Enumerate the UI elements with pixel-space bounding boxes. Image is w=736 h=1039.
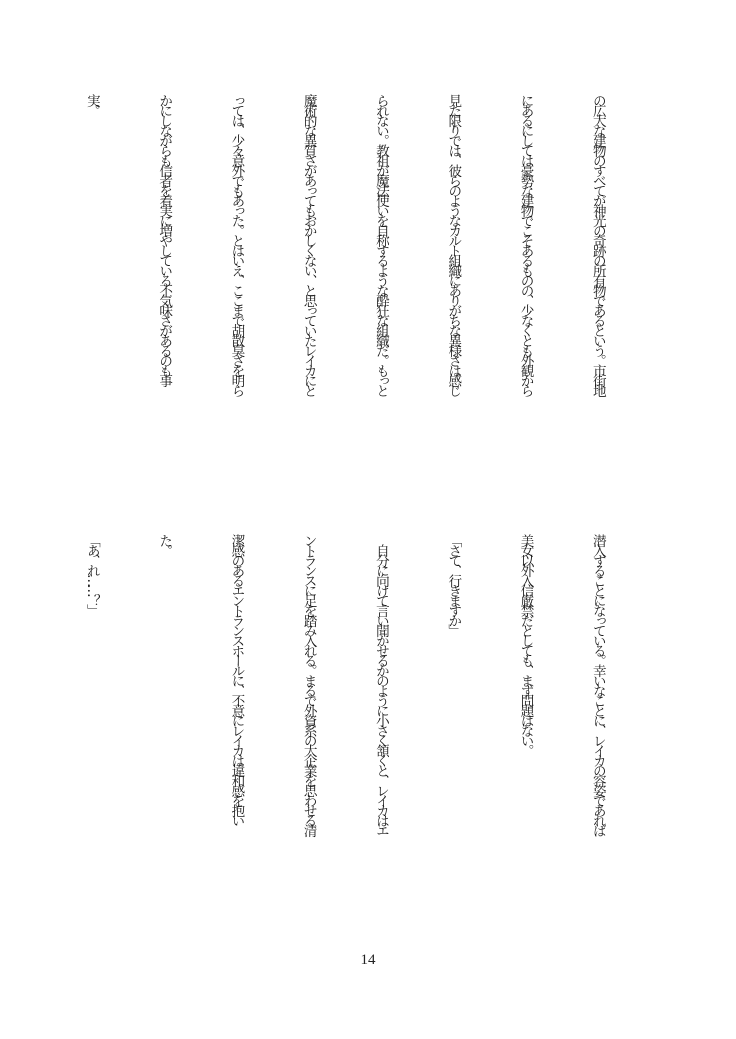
text-line: 実。: [80, 94, 104, 498]
text-line: られない。教祖が魔法使いを自称するような酔狂な組織だ。もっと: [369, 94, 393, 498]
text-line: にあるにしては豪勢な建物でこそあるものの、少なくとも外観から: [513, 94, 537, 498]
text-line: 潔感のあるエントランスホールに、不意にレイカは違和感を抱い: [224, 534, 248, 938]
text-line: 魔術的な異質さがあってもおかしくない、と思っていたレイカにと: [297, 94, 321, 498]
text-line: 潜入することになっている。幸いなことに、レイカの容姿であれば: [586, 534, 610, 938]
text-line: 「さて、行きますか」: [441, 534, 465, 938]
text-line: っては、少々意外でもあった。とはいえ、ここまで胡散臭さを明ら: [224, 94, 248, 498]
text-line: かにしながらも信者を着実に増やしている不気味さがあるのも事: [152, 94, 176, 498]
text-block-top: の広大な建物のすべてが神光の奇跡の所有物であるという。市街地 にあるにしては豪勢…: [78, 94, 658, 498]
text-line: 見た限りでは、彼らのようなカルト組織にありがちな異様さは感じ: [441, 94, 465, 498]
text-line: 美女以外入信厳禁だとしても、まず問題はない。: [513, 534, 537, 938]
text-line: た。: [152, 534, 176, 938]
text-line: の広大な建物のすべてが神光の奇跡の所有物であるという。市街地: [586, 94, 610, 498]
text-line: 自分に向けて言い聞かせるかのように小さく頷くと、レイカはエ: [369, 534, 393, 938]
text-block-bottom: 潜入することになっている。幸いなことに、レイカの容姿であれば 美女以外入信厳禁だ…: [78, 534, 658, 938]
text-line: ントランスに足を踏み入れる。まるで外資系の大企業を思わせる清: [297, 534, 321, 938]
page-number: 14: [0, 952, 736, 969]
text-line: 「あ、れ……？」: [80, 534, 104, 938]
document-page: の広大な建物のすべてが神光の奇跡の所有物であるという。市街地 にあるにしては豪勢…: [0, 0, 736, 1039]
